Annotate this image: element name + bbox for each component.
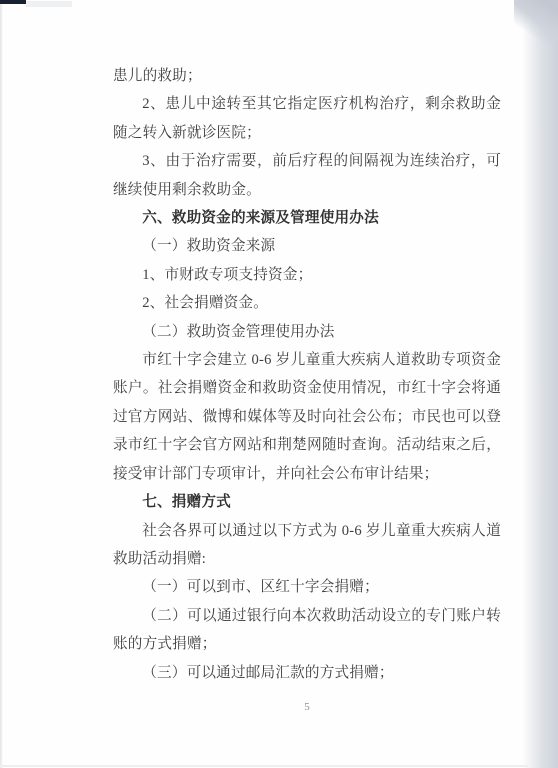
scanned-document-page: 患儿的救助；2、患儿中途转至其它指定医疗机构治疗，剩余救助金随之转入新就诊医院；… bbox=[0, 0, 558, 768]
scan-artifact-top-left bbox=[0, 0, 26, 4]
paragraph: 社会各界可以通过以下方式为 0-6 岁儿童重大疾病人道救助活动捐赠: bbox=[113, 517, 501, 574]
paragraph: 患儿的救助； bbox=[113, 62, 501, 90]
scan-smudge-top-left bbox=[26, 1, 72, 7]
scan-edge-left bbox=[0, 0, 3, 768]
paragraph: 1、市财政专项支持资金； bbox=[113, 261, 501, 289]
section-heading: 六、救助资金的来源及管理使用办法 bbox=[113, 204, 501, 232]
page-number: 5 bbox=[113, 701, 501, 713]
paragraph: 2、患儿中途转至其它指定医疗机构治疗，剩余救助金随之转入新就诊医院； bbox=[113, 90, 501, 147]
paragraph: （二）可以通过银行向本次救助活动设立的专门账户转账的方式捐赠； bbox=[113, 602, 501, 659]
paragraph: 3、由于治疗需要，前后疗程的间隔视为连续治疗，可继续使用剩余救助金。 bbox=[113, 147, 501, 204]
page-edge-shadow-right bbox=[522, 0, 558, 768]
scan-artifact-bottom-edge bbox=[0, 765, 528, 767]
document-body: 患儿的救助；2、患儿中途转至其它指定医疗机构治疗，剩余救助金随之转入新就诊医院；… bbox=[113, 62, 501, 687]
paragraph: （三）可以通过邮局汇款的方式捐赠； bbox=[113, 659, 501, 687]
paragraph: 市红十字会建立 0-6 岁儿童重大疾病人道救助专项资金账户。社会捐赠资金和救助资… bbox=[113, 346, 501, 488]
paragraph: （一）救助资金来源 bbox=[113, 232, 501, 260]
paragraph: 2、社会捐赠资金。 bbox=[113, 289, 501, 317]
section-heading: 七、捐赠方式 bbox=[113, 488, 501, 516]
page-curl-top-right bbox=[514, 0, 558, 46]
paragraph: （一）可以到市、区红十字会捐赠； bbox=[113, 573, 501, 601]
paragraph: （二）救助资金管理使用办法 bbox=[113, 318, 501, 346]
